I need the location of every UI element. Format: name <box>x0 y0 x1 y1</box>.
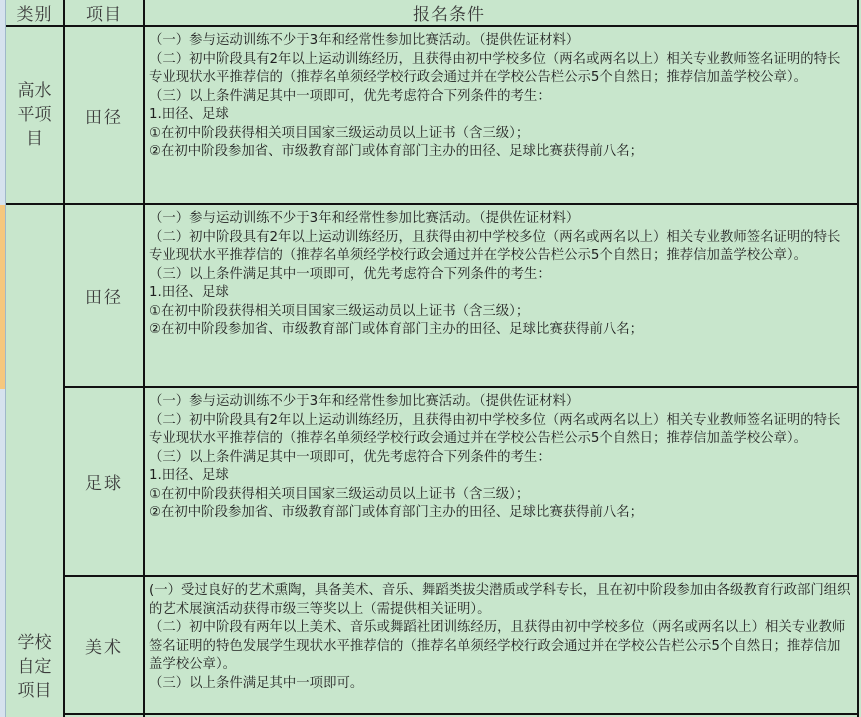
conditions-cell[interactable]: (一）受过良好的艺术熏陶，具备美术、音乐、舞蹈类拔尖潜质或学科专长，且在初中阶段… <box>145 577 857 713</box>
category-cell-high-level[interactable]: 高水 平项 目 <box>6 27 63 203</box>
header-category[interactable]: 类别 <box>6 0 63 25</box>
condition-line: （一）参与运动训练不少于3年和经常性参加比赛活动。（提供佐证材料） <box>149 210 853 229</box>
condition-line: ①在初中阶段获得相关项目国家三级运动员以上证书（含三级）； <box>149 303 853 322</box>
condition-line: （三）以上条件满足其中一项即可，优先考虑符合下列条件的考生： <box>149 88 853 107</box>
grid-line <box>63 386 859 388</box>
category-cell-school-defined[interactable]: 学校 自定 项目 <box>6 205 63 717</box>
condition-line: （二）初中阶段具有2年以上运动训练经历，且获得由初中学校多位（两名或两名以上）相… <box>149 229 853 266</box>
condition-line: ②在初中阶段参加省、市级教育部门或体育部门主办的田径、足球比赛获得前八名； <box>149 143 853 162</box>
grid-line <box>63 575 859 577</box>
item-label: 田径 <box>85 283 123 308</box>
registration-table: 类别 项目 报名条件 高水 平项 目 学校 自定 项目 田径 （一）参与运动训练… <box>6 0 861 717</box>
header-conditions-label: 报名条件 <box>413 0 485 25</box>
condition-line: （三）以上条件满足其中一项即可，优先考虑符合下列条件的考生： <box>149 266 853 285</box>
header-conditions[interactable]: 报名条件 <box>145 0 857 25</box>
grid-line <box>857 0 859 717</box>
condition-line: ②在初中阶段参加省、市级教育部门或体育部门主办的田径、足球比赛获得前八名； <box>149 321 853 340</box>
grid-line <box>63 713 859 715</box>
category-label-line: 高水 <box>18 79 52 103</box>
grid-line <box>63 0 65 717</box>
condition-line: 1.田径、足球 <box>149 106 853 125</box>
condition-line: (一）受过良好的艺术熏陶，具备美术、音乐、舞蹈类拔尖潜质或学科专长，且在初中阶段… <box>149 582 853 619</box>
header-item-label: 项目 <box>86 0 122 25</box>
category-label-line: 项目 <box>18 679 52 703</box>
condition-line: 1.田径、足球 <box>149 467 853 486</box>
condition-line: （一）参与运动训练不少于3年和经常性参加比赛活动。（提供佐证材料） <box>149 393 853 412</box>
conditions-cell[interactable]: （一）参与运动训练不少于3年和经常性参加比赛活动。（提供佐证材料） （二）初中阶… <box>145 205 857 386</box>
conditions-cell[interactable]: （一）参与运动训练不少于3年和经常性参加比赛活动。（提供佐证材料） （二）初中阶… <box>145 27 857 203</box>
category-label-line: 自定 <box>18 655 52 679</box>
header-category-label: 类别 <box>17 0 53 25</box>
grid-line <box>6 203 859 205</box>
condition-line: ①在初中阶段获得相关项目国家三级运动员以上证书（含三级）； <box>149 486 853 505</box>
condition-line: ①在初中阶段获得相关项目国家三级运动员以上证书（含三级）； <box>149 125 853 144</box>
item-cell[interactable]: 田径 <box>65 205 143 386</box>
category-label-line: 平项 <box>18 103 52 127</box>
condition-line: ②在初中阶段参加省、市级教育部门或体育部门主办的田径、足球比赛获得前八名； <box>149 504 853 523</box>
header-item[interactable]: 项目 <box>65 0 143 25</box>
condition-line: （二）初中阶段有两年以上美术、音乐或舞蹈社团训练经历，且获得由初中学校多位（两名… <box>149 619 853 675</box>
category-label-line: 学校 <box>18 631 52 655</box>
condition-line: （三）以上条件满足其中一项即可，优先考虑符合下列条件的考生： <box>149 449 853 468</box>
grid-line <box>143 0 145 717</box>
item-label: 美术 <box>85 633 123 658</box>
item-label: 足球 <box>85 469 123 494</box>
grid-line <box>6 25 859 27</box>
condition-line: 1.田径、足球 <box>149 284 853 303</box>
item-cell[interactable]: 美术 <box>65 577 143 713</box>
item-cell[interactable]: 足球 <box>65 388 143 575</box>
condition-line: （二）初中阶段具有2年以上运动训练经历，且获得由初中学校多位（两名或两名以上）相… <box>149 412 853 449</box>
item-label: 田径 <box>85 103 123 128</box>
condition-line: （三）以上条件满足其中一项即可。 <box>149 675 853 694</box>
category-label-line: 目 <box>18 127 52 151</box>
conditions-cell[interactable]: （一）参与运动训练不少于3年和经常性参加比赛活动。（提供佐证材料） （二）初中阶… <box>145 388 857 575</box>
condition-line: （二）初中阶段具有2年以上运动训练经历，且获得由初中学校多位（两名或两名以上）相… <box>149 51 853 88</box>
item-cell[interactable]: 田径 <box>65 27 143 203</box>
condition-line: （一）参与运动训练不少于3年和经常性参加比赛活动。（提供佐证材料） <box>149 32 853 51</box>
